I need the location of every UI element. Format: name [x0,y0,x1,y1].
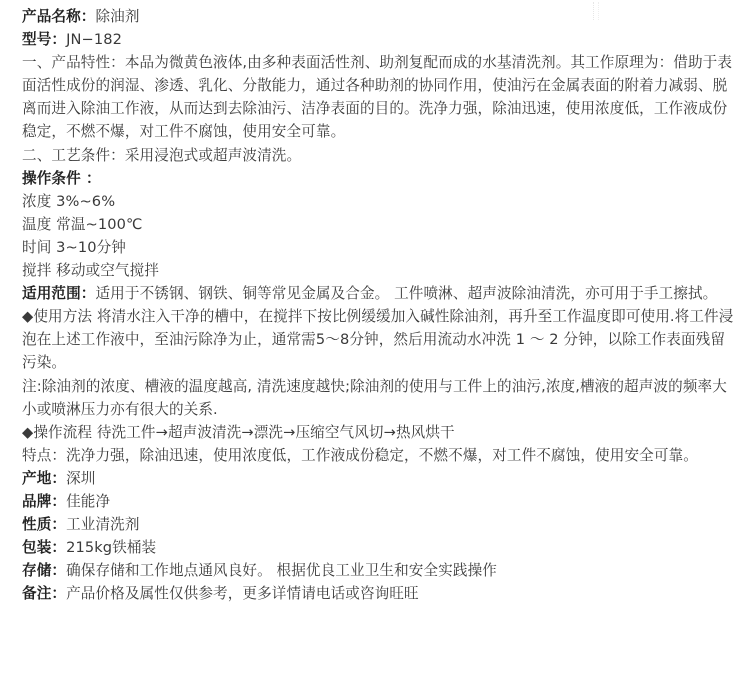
spec-row-origin: 产地：深圳 [22,467,734,490]
product-name-label: 产品名称： [22,8,95,25]
spec-row-packaging: 包装：215kg铁桶装 [22,536,734,559]
operating-conditions-heading: 操作条件 ： [22,167,734,190]
spec-row-type: 性质：工业清洗剂 [22,513,734,536]
model-value: JN−182 [66,31,122,48]
features-paragraph: 一、产品特性：本品为微黄色液体,由多种表面活性剂、助剂复配而成的水基清洗剂。其工… [22,51,734,143]
spec-row-storage: 存储：确保存储和工作地点通风良好。 根据优良工业卫生和安全实践操作 [22,559,734,582]
product-description: 产品名称：除油剂 型号：JN−182 一、产品特性：本品为微黄色液体,由多种表面… [22,5,734,605]
scope-label: 适用范围： [22,285,95,302]
spec-value: 工业清洗剂 [66,516,139,533]
note-paragraph: 注:除油剂的浓度、槽液的温度越高, 清洗速度越快;除油剂的使用与工件上的油污,浓… [22,375,734,421]
scope-row: 适用范围：适用于不锈钢、钢铁、铜等常见金属及合金。 工件喷淋、超声波除油清洗，亦… [22,282,734,305]
spec-row-remarks: 备注：产品价格及属性仅供参考，更多详情请电话或咨询旺旺 [22,582,734,605]
spec-value: 确保存储和工作地点通风良好。 根据优良工业卫生和安全实践操作 [66,562,497,579]
condition-temperature: 温度 常温~100℃ [22,213,734,236]
spec-value: 深圳 [66,470,95,487]
usage-paragraph: ◆使用方法 将清水注入干净的槽中，在搅拌下按比例缓缓加入碱性除油剂，再升至工作温… [22,305,734,374]
product-name-value: 除油剂 [95,8,139,25]
condition-time: 时间 3~10分钟 [22,236,734,259]
spec-row-brand: 品牌：佳能净 [22,490,734,513]
condition-agitation: 搅拌 移动或空气搅拌 [22,259,734,282]
spec-label: 备注： [22,585,66,602]
process-paragraph: 二、工艺条件：采用浸泡式或超声波清洗。 [22,144,734,167]
spec-value: 215kg铁桶装 [66,539,156,556]
model-row: 型号：JN−182 [22,28,734,51]
scope-value: 适用于不锈钢、钢铁、铜等常见金属及合金。 工件喷淋、超声波除油清洗，亦可用于手工… [95,285,717,302]
workflow-paragraph: ◆操作流程 待洗工件→超声波清洗→漂洗→压缩空气风切→热风烘干 [22,421,734,444]
spec-label: 品牌： [22,493,66,510]
spec-label: 包装： [22,539,66,556]
model-label: 型号： [22,31,66,48]
condition-concentration: 浓度 3%~6% [22,190,734,213]
characteristics-paragraph: 特点：洗净力强，除油迅速，使用浓度低，工作液成份稳定，不燃不爆，对工件不腐蚀，使… [22,444,734,467]
spec-label: 存储： [22,562,66,579]
spec-label: 性质： [22,516,66,533]
product-name-row: 产品名称：除油剂 [22,5,734,28]
spec-label: 产地： [22,470,66,487]
spec-value: 佳能净 [66,493,110,510]
spec-value: 产品价格及属性仅供参考，更多详情请电话或咨询旺旺 [66,585,419,602]
